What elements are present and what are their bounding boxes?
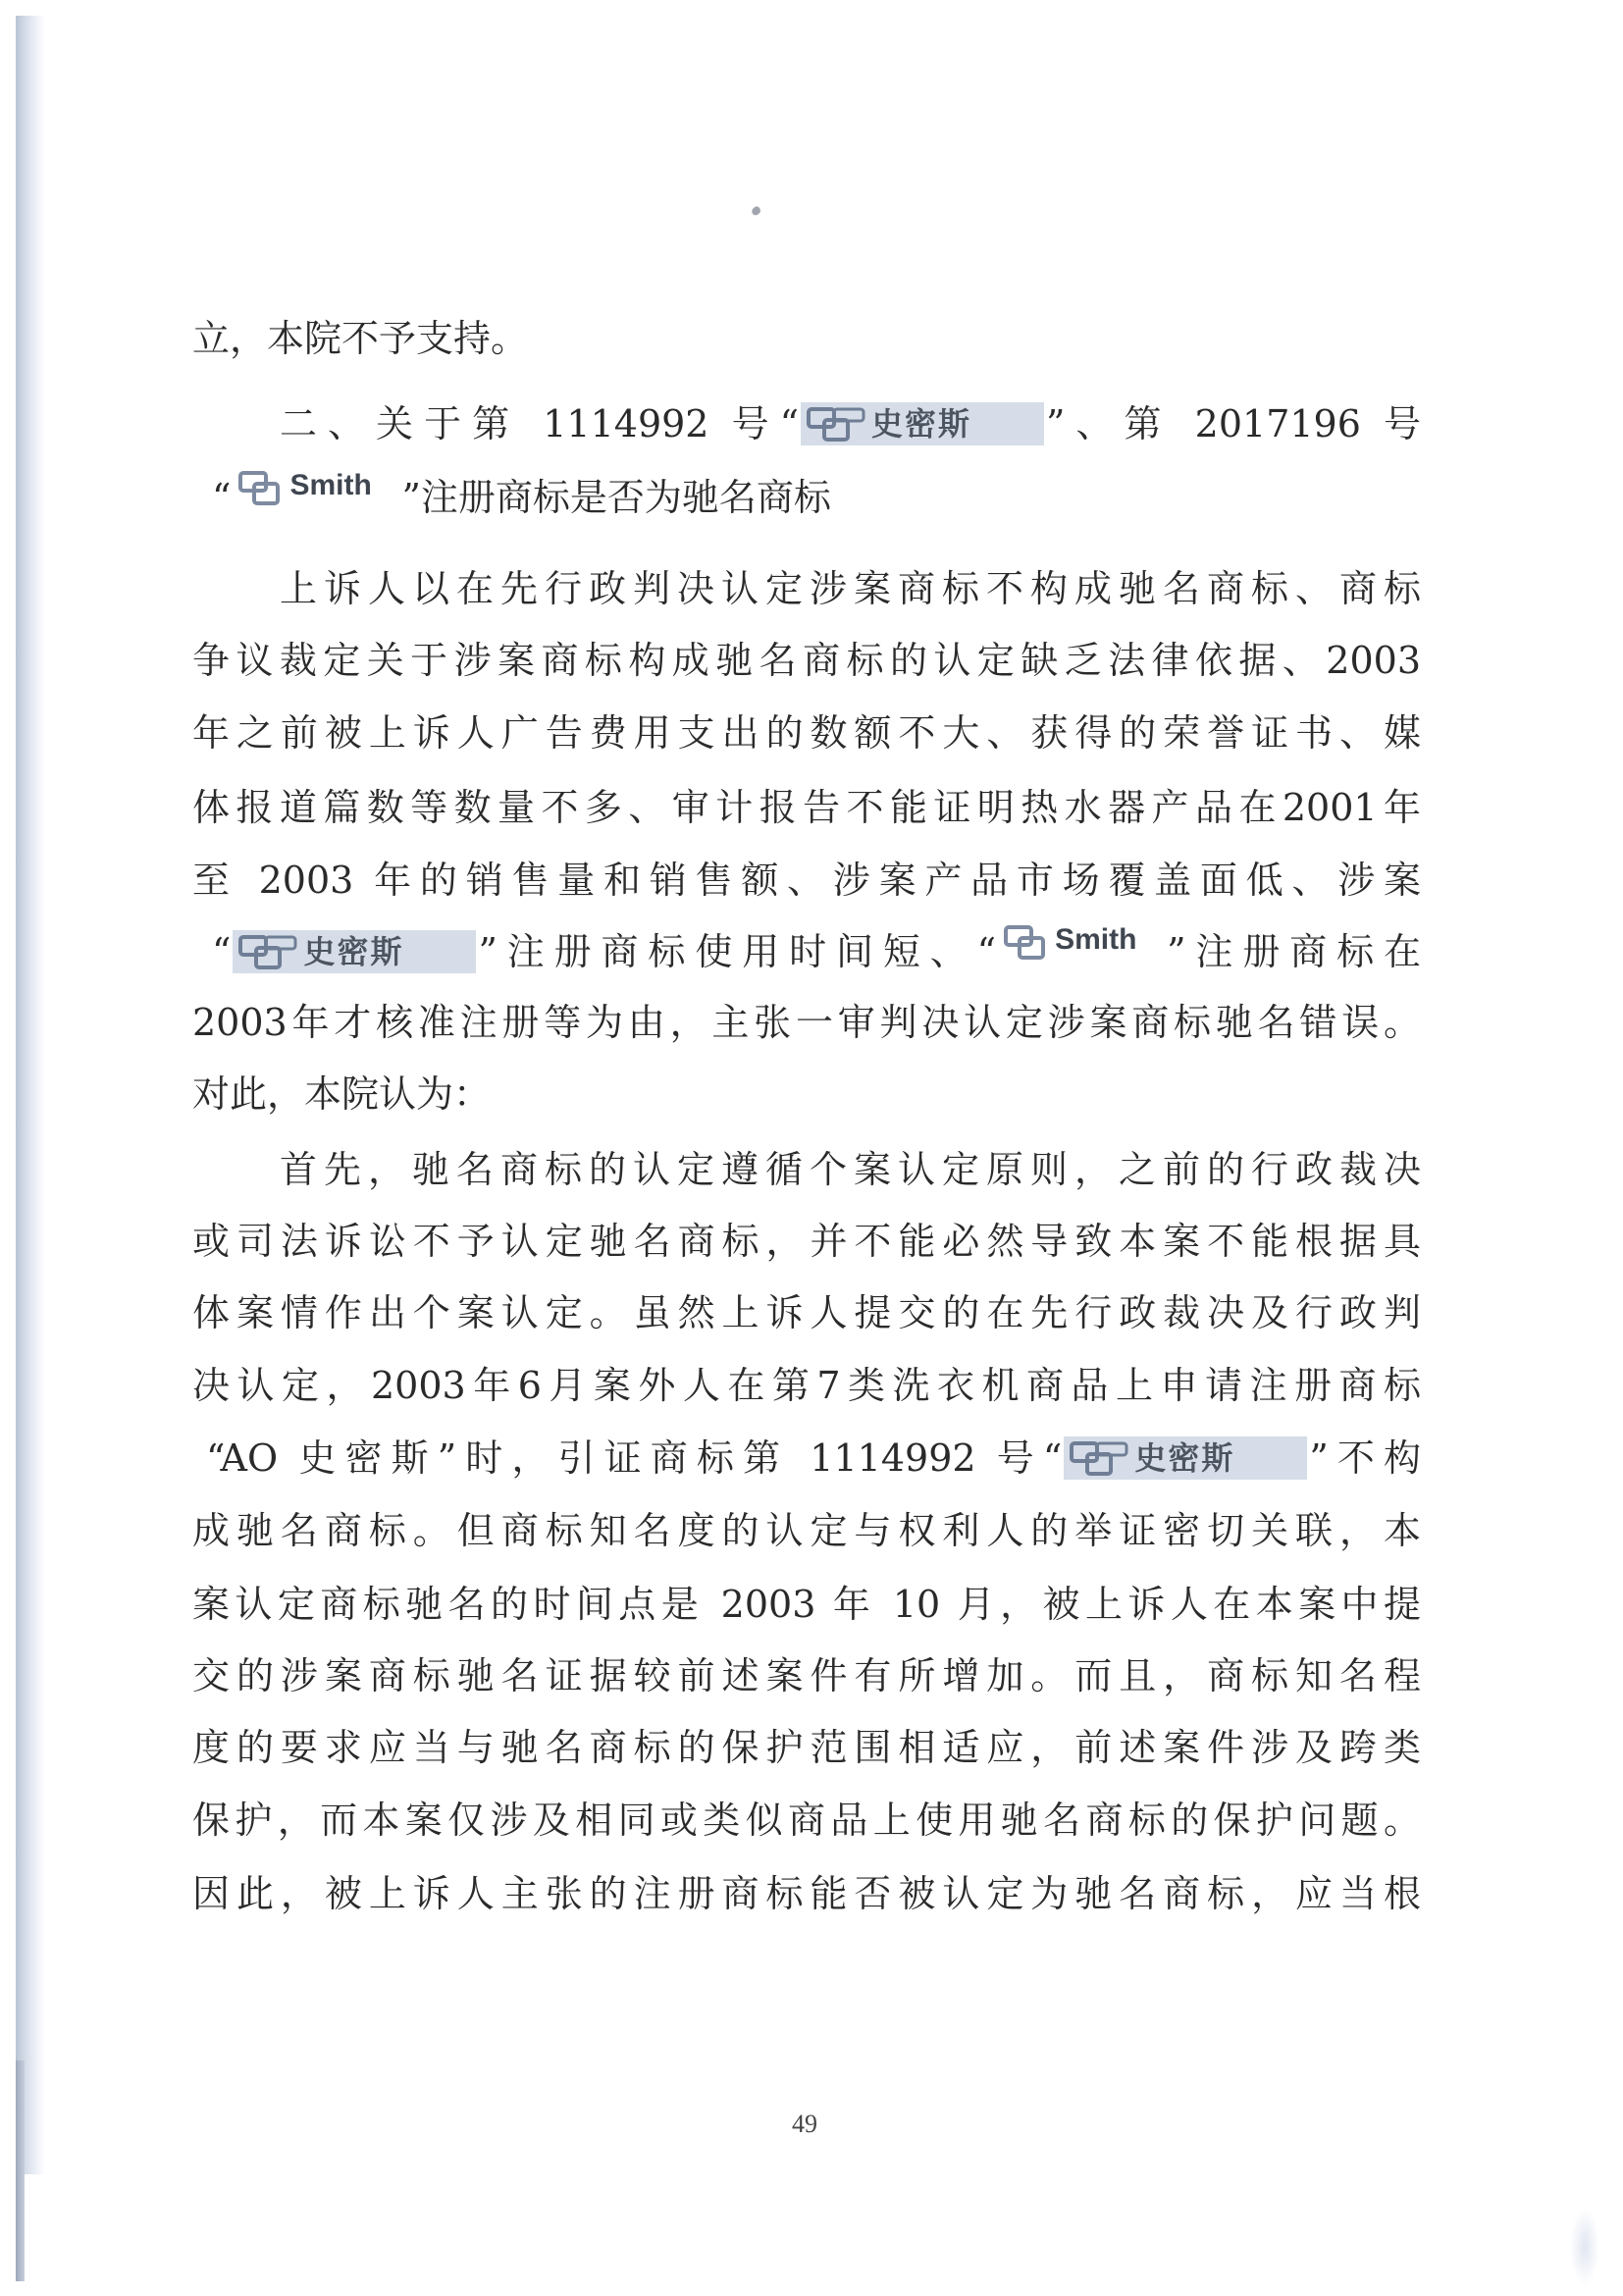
text-segment: “AO 史密斯”时，引证商标第 1114992 号“	[206, 1436, 1062, 1480]
text-line-with-logo: “AO 史密斯”时，引证商标第 1114992 号“史密斯”不构	[206, 1429, 1421, 1487]
trademark-mark-icon	[238, 934, 299, 971]
section-heading-line-1: 二、关于第 1114992 号“史密斯”、第 2017196 号	[280, 394, 1421, 453]
trademark-text: Smith	[289, 466, 371, 505]
text-line: 成驰名商标。但商标知名度的认定与权利人的举证密切关联，本	[192, 1501, 1421, 1560]
trademark-logo-en: Smith	[998, 920, 1165, 964]
text-line: 年之前被上诉人广告费用支出的数额不大、获得的荣誉证书、媒	[192, 704, 1421, 762]
text-line: 上诉人以在先行政判决认定涉案商标不构成驰名商标、商标	[280, 559, 1421, 618]
section-heading-line-2: “Smith”注册商标是否为驰名商标	[212, 468, 1440, 527]
trademark-logo-cn: 史密斯	[233, 930, 476, 973]
text-line: 立，本院不予支持。	[192, 309, 1421, 368]
text-line: 对此，本院认为：	[192, 1065, 1421, 1123]
trademark-mark-icon	[807, 406, 867, 444]
document-page: 立，本院不予支持。 二、关于第 1114992 号“史密斯”、第 2017196…	[0, 0, 1623, 2296]
text-line: 决认定，2003年6月案外人在第7类洗衣机商品上申请注册商标	[192, 1356, 1421, 1415]
text-segment: ”注册商标使用时间短、“	[478, 930, 996, 973]
text-line: 保护，而本案仅涉及相同或类似商品上使用驰名商标的保护问题。	[192, 1791, 1421, 1850]
text-line: 首先，驰名商标的认定遵循个案认定原则，之前的行政裁决	[280, 1140, 1421, 1199]
text-segment: ”注册商标是否为驰名商标	[401, 476, 830, 519]
text-line-with-logos: “史密斯”注册商标使用时间短、“Smith”注册商标在	[212, 922, 1421, 981]
text-line: 或司法诉讼不予认定驰名商标，并不能必然导致本案不能根据具	[192, 1212, 1421, 1271]
text-line: 案认定商标驰名的时间点是 2003 年 10 月，被上诉人在本案中提	[192, 1575, 1421, 1634]
text-line: 因此，被上诉人主张的注册商标能否被认定为驰名商标，应当根	[192, 1864, 1421, 1923]
trademark-mark-icon	[1070, 1440, 1130, 1478]
text-segment: “	[212, 930, 231, 973]
text-line: 体案情作出个案认定。虽然上诉人提交的在先行政裁决及行政判	[192, 1283, 1421, 1342]
text-segment: ”、第 2017196 号	[1046, 402, 1421, 445]
text-segment: “	[212, 476, 231, 519]
trademark-text: 史密斯	[303, 930, 403, 973]
text-line: 交的涉案商标驰名证据较前述案件有所增加。而且，商标知名程	[192, 1646, 1421, 1705]
trademark-text: 史密斯	[1134, 1436, 1234, 1480]
text-segment: ”注册商标在	[1167, 930, 1421, 973]
text-line: 2003年才核准注册等为由，主张一审判决认定涉案商标驰名错误。	[192, 993, 1421, 1052]
trademark-text: 史密斯	[871, 402, 971, 445]
text-line: 争议裁定关于涉案商标构成驰名商标的认定缺乏法律依据、2003	[192, 631, 1421, 690]
trademark-logo-en: Smith	[233, 466, 399, 509]
text-segment: 二、关于第 1114992 号“	[280, 402, 799, 445]
trademark-logo-cn: 史密斯	[801, 402, 1044, 445]
text-line: 度的要求应当与驰名商标的保护范围相适应，前述案件涉及跨类	[192, 1718, 1421, 1777]
trademark-logo-cn: 史密斯	[1064, 1436, 1307, 1480]
text-line: 体报道篇数等数量不多、审计报告不能证明热水器产品在2001年	[192, 778, 1421, 837]
page-number: 49	[775, 2110, 834, 2139]
trademark-text: Smith	[1055, 920, 1136, 960]
text-line: 至 2003 年的销售量和销售额、涉案产品市场覆盖面低、涉案	[192, 851, 1421, 910]
text-segment: ”不构	[1309, 1436, 1421, 1480]
